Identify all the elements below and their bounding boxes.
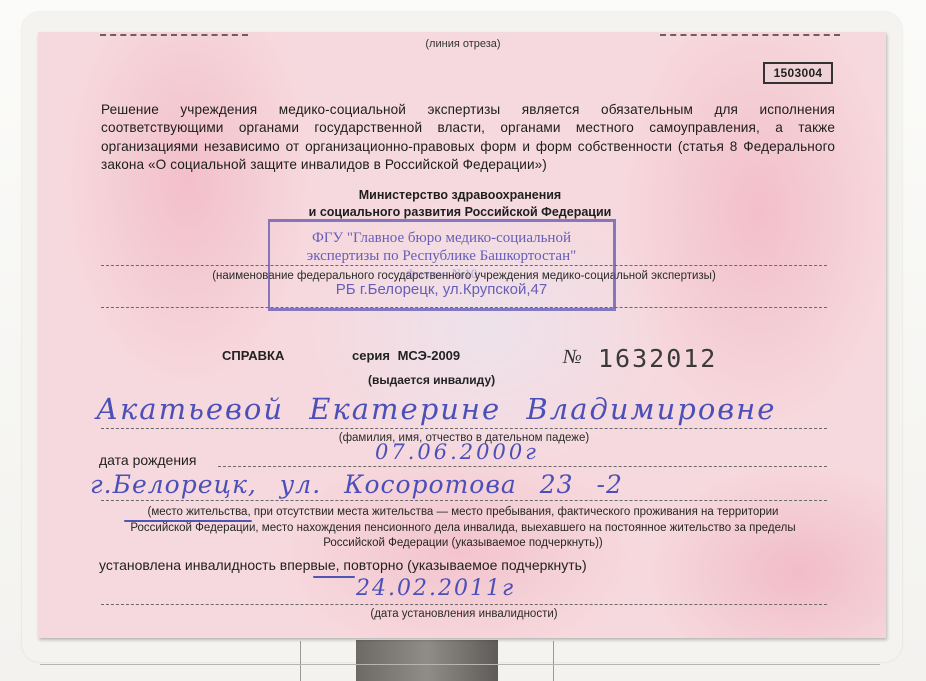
lower-edge-line [40, 664, 880, 665]
lower-divider [553, 641, 554, 681]
institution-stamp: ФГУ "Главное бюро медико-социальной эксп… [268, 219, 616, 311]
full-name-handwritten: Акатьевой Екатерине Владимировне [96, 392, 776, 426]
stamp-line-1: ФГУ "Главное бюро медико-социальной [270, 230, 613, 247]
birth-date-handwritten: 07.06.2000г [375, 440, 539, 464]
form-code-box: 1503004 [763, 62, 833, 84]
binding-tab [356, 640, 498, 681]
disability-label: установлена инвалидность впервые, повтор… [99, 557, 587, 573]
disability-date-line [101, 604, 827, 605]
full-name-line [101, 428, 827, 429]
legal-notice: Решение учреждения медико-социальной экс… [101, 101, 835, 174]
stamp-line-3: РБ г.Белорецк, ул.Крупской,47 [270, 281, 613, 298]
number-sign: № [563, 346, 582, 369]
disability-date-handwritten: 24.02.2011г [356, 576, 515, 601]
stamp-faded-line: Филиал №10 [270, 266, 613, 282]
cut-line-label: (линия отреза) [0, 38, 926, 50]
residence-handwritten: г.Белорецк, ул. Косоротова 23 -2 [90, 470, 623, 499]
certificate-title: СПРАВКА [222, 348, 284, 363]
ministry-header: Министерство здравоохранения и социально… [250, 187, 670, 221]
cut-line-left [100, 34, 248, 36]
birth-date-label: дата рождения [99, 452, 196, 468]
lower-divider [300, 641, 301, 681]
first-time-underline-mark [313, 576, 355, 578]
certificate-series: серия МСЭ-2009 [352, 348, 460, 363]
residence-line [101, 500, 827, 501]
disability-date-caption: (дата установления инвалидности) [101, 608, 827, 620]
birth-date-line [218, 466, 827, 467]
residence-underline-mark [124, 520, 252, 522]
stamp-line-2: экспертизы по Республике Башкортостан" [270, 248, 613, 265]
cut-line-right [660, 34, 840, 36]
certificate-number: 1632012 [598, 344, 717, 373]
issued-to-note: (выдается инвалиду) [368, 373, 495, 387]
ministry-line-1: Министерство здравоохранения [250, 187, 670, 204]
residence-caption: (место жительства, при отсутствии места … [118, 505, 808, 552]
